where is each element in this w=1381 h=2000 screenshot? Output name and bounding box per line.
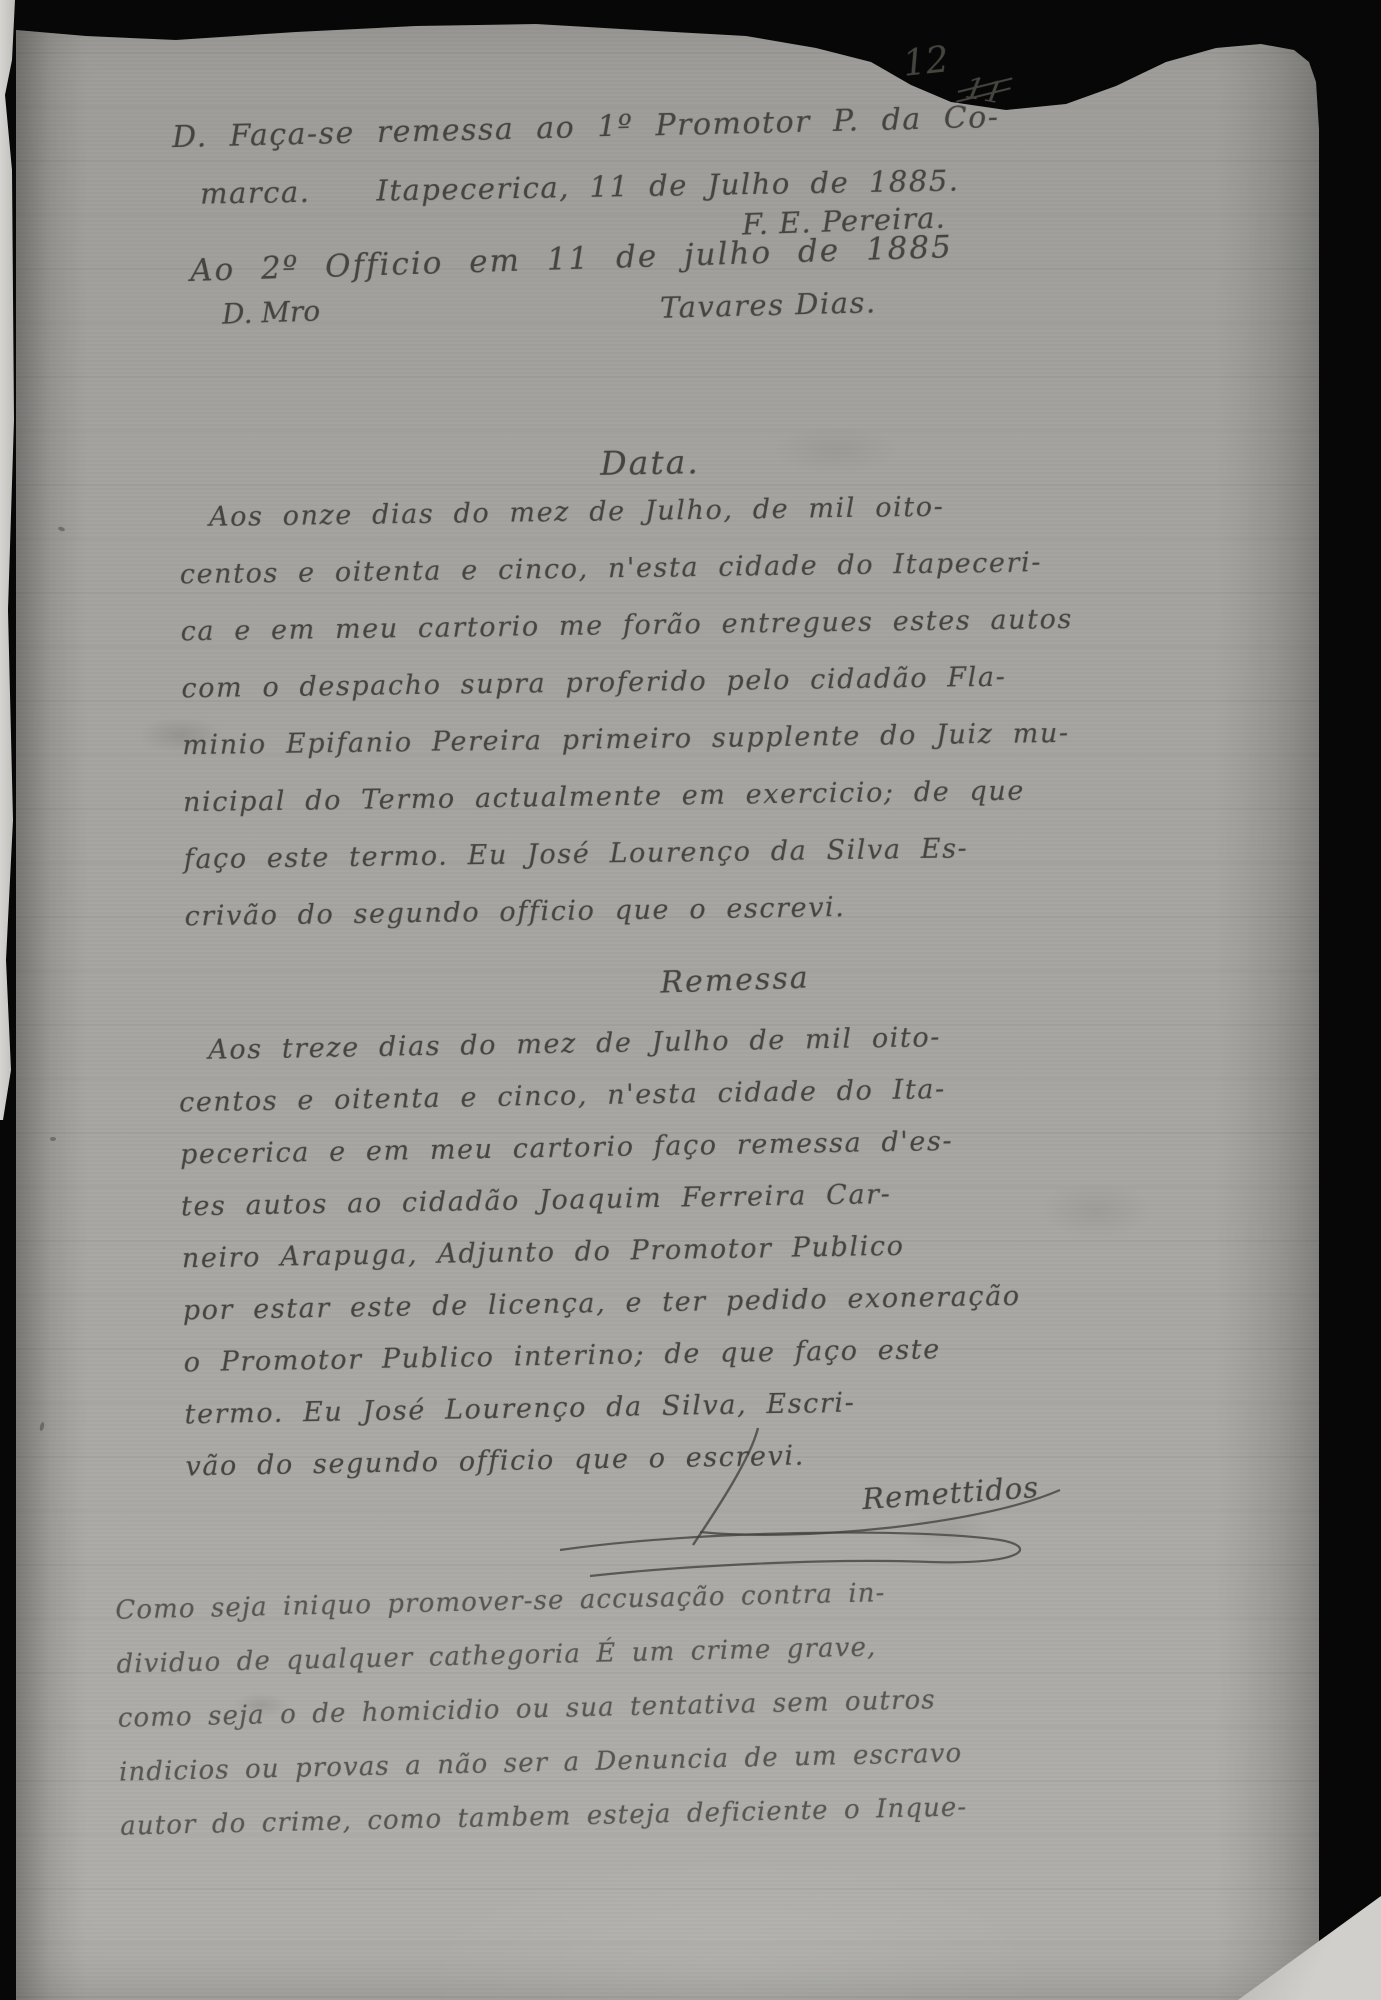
adjacent-page-edge-left <box>0 0 15 1120</box>
signature-flourish <box>500 1420 1120 1600</box>
scanned-manuscript-page: 12 11 D. Faça-se remessa ao 1º Promotor … <box>0 0 1381 2000</box>
clerk-signature: Tavares Dias. <box>660 285 877 325</box>
despacho-line-2-left: marca. <box>200 175 311 211</box>
spacer <box>311 201 377 202</box>
data-term-paragraph: Aos onze dias do mez de Julho, de mil oi… <box>179 490 1078 958</box>
section-heading-data: Data. <box>540 441 761 484</box>
page-number: 12 <box>901 40 951 86</box>
marginalia-paragraph: Como seja iniquo promover-se accusação c… <box>115 1576 968 1865</box>
ink-speck <box>50 1137 56 1141</box>
note-abbreviation: D. Mro <box>221 294 320 330</box>
